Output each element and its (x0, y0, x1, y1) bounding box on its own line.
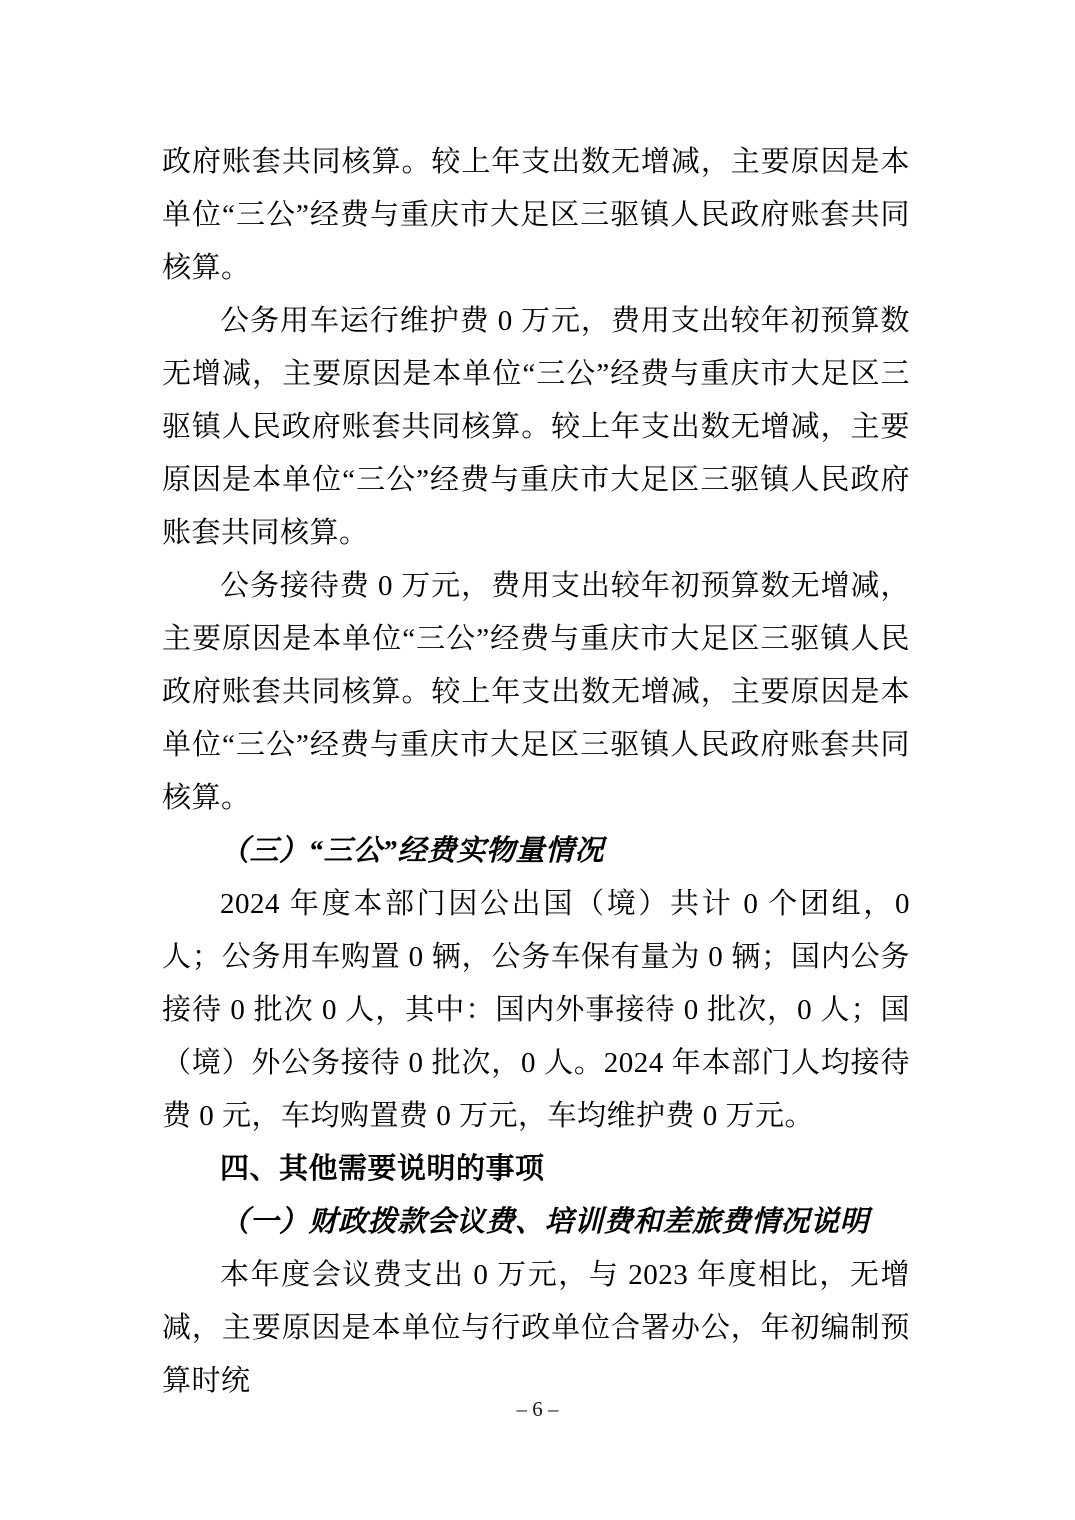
paragraph-continued-government-account: 政府账套共同核算。较上年支出数无增减，主要原因是本单位“三公”经费与重庆市大足区… (162, 136, 910, 295)
page-number: – 6 – (0, 1394, 1075, 1424)
paragraph-meeting-fee-expenditure: 本年度会议费支出 0 万元，与 2023 年度相比，无增减，主要原因是本单位与行… (162, 1249, 910, 1408)
heading-three-public-physical-quantity: （三）“三公”经费实物量情况 (162, 825, 910, 878)
paragraph-2024-statistics: 2024 年度本部门因公出国（境）共计 0 个团组，0 人；公务用车购置 0 辆… (162, 878, 910, 1143)
document-content: 政府账套共同核算。较上年支出数无增减，主要原因是本单位“三公”经费与重庆市大足区… (162, 136, 910, 1408)
document-page: 政府账套共同核算。较上年支出数无增减，主要原因是本单位“三公”经费与重庆市大足区… (0, 0, 1075, 1520)
paragraph-official-reception-fee: 公务接待费 0 万元，费用支出较年初预算数无增减，主要原因是本单位“三公”经费与… (162, 560, 910, 825)
heading-other-matters: 四、其他需要说明的事项 (162, 1143, 910, 1196)
heading-meeting-training-travel-fees: （一）财政拨款会议费、培训费和差旅费情况说明 (162, 1196, 910, 1249)
paragraph-vehicle-maintenance-fee: 公务用车运行维护费 0 万元，费用支出较年初预算数无增减，主要原因是本单位“三公… (162, 295, 910, 560)
